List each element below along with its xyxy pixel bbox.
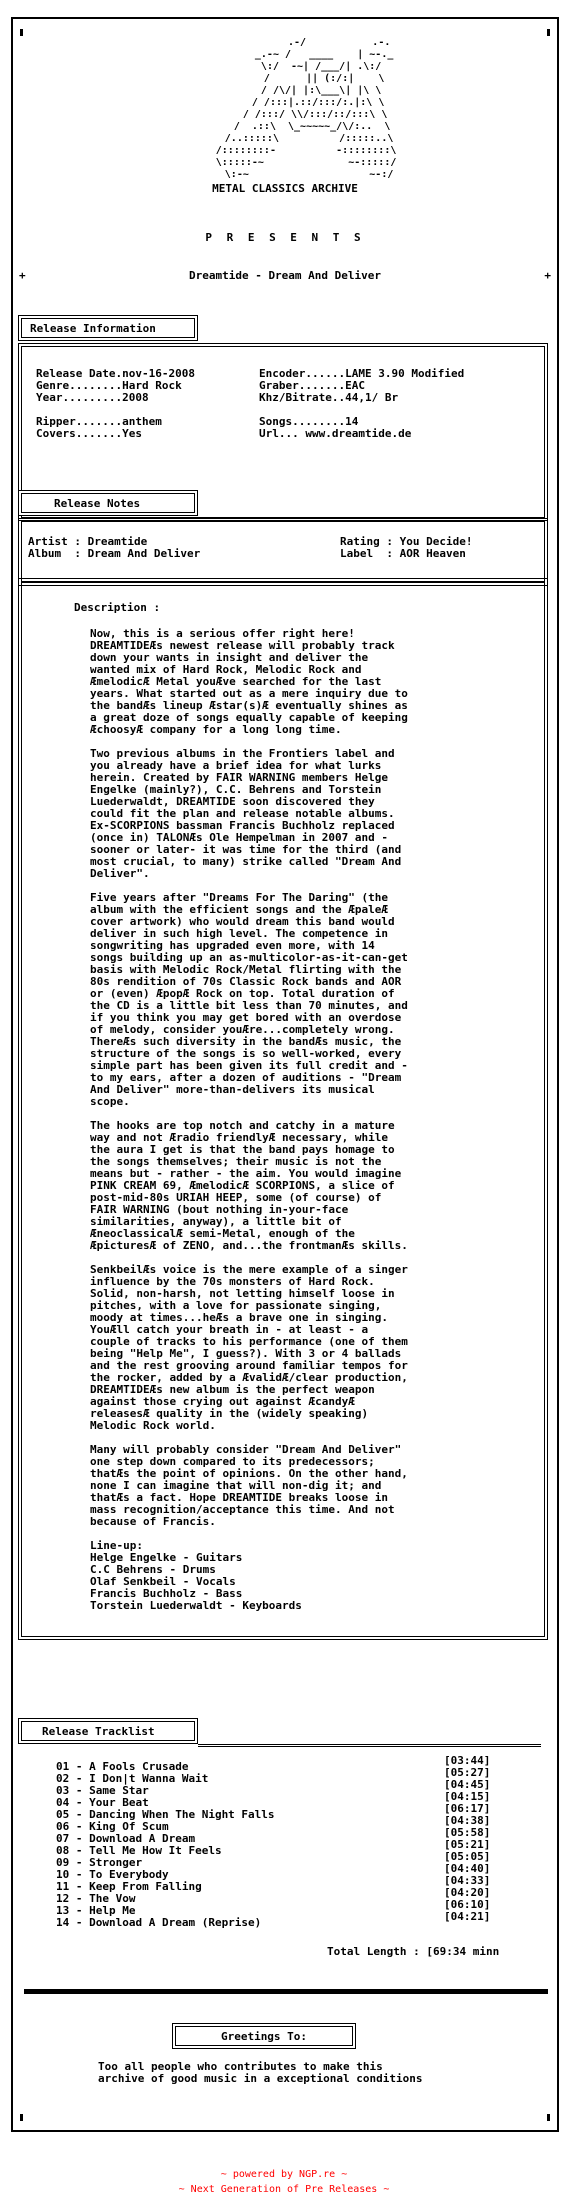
corner-mark (547, 2114, 550, 2121)
description-body: Now, this is a serious offer right here!… (90, 628, 408, 1612)
info-right-column: Encoder......LAME 3.90 ModifiedGraber...… (259, 368, 464, 440)
info-label: Url... (259, 427, 305, 440)
track-title: 14 - Download A Dream (Reprise) (56, 1916, 261, 1929)
info-value: Yes (122, 427, 142, 440)
track-row: 14 - Download A Dream (Reprise)[04:21] (56, 1911, 516, 1923)
corner-mark (547, 29, 550, 36)
description-panel: Description : Now, this is a serious off… (18, 578, 548, 1640)
release-information-section: Release Date.nov-16-2008Genre........Har… (18, 315, 548, 515)
tab-release-tracklist: Release Tracklist (18, 1718, 198, 1744)
info-row: Url... www.dreamtide.de (259, 428, 464, 440)
album-value: Dream And Deliver (88, 547, 201, 560)
tab-label: Release Notes (21, 493, 195, 513)
tab-greetings: Greetings To: (172, 2023, 356, 2049)
tab-release-notes: Release Notes (18, 490, 198, 516)
release-title: Dreamtide - Dream And Deliver (13, 270, 557, 282)
info-left-column: Release Date.nov-16-2008Genre........Har… (36, 368, 195, 440)
total-length-value: [69:34 minn (426, 1945, 499, 1958)
info-value: 44,1/ Br (345, 391, 398, 404)
release-notes-header-panel: Artist : Dreamtide Album : Dream And Del… (18, 518, 548, 586)
description-paragraph: Two previous albums in the Frontiers lab… (90, 748, 408, 880)
label-value: AOR Heaven (400, 547, 466, 560)
tagline-text: ~ Next Generation of Pre Releases ~ (0, 2182, 568, 2197)
total-length-label: Total Length : (327, 1945, 426, 1958)
album-line: Album : Dream And Deliver (28, 548, 200, 560)
release-notes-section: Artist : Dreamtide Album : Dream And Del… (18, 490, 548, 1638)
info-value: 2008 (122, 391, 149, 404)
description-paragraph: Now, this is a serious offer right here!… (90, 628, 408, 736)
description-paragraph: Five years after "Dreams For The Daring"… (90, 892, 408, 1108)
description-paragraph: The hooks are top notch and catchy in a … (90, 1120, 408, 1252)
tab-label: Greetings To: (175, 2026, 353, 2046)
plus-marker: + (544, 270, 551, 282)
description-paragraph: Many will probably consider "Dream And D… (90, 1444, 408, 1528)
info-label: Year......... (36, 391, 122, 404)
powered-by-text: ~ powered by NGP.re ~ (0, 2167, 568, 2182)
info-label: Covers....... (36, 427, 122, 440)
track-list: 01 - A Fools Crusade[03:44]02 - I Don|t … (56, 1755, 516, 1923)
info-row: Year.........2008 (36, 392, 195, 404)
description-heading: Description : (74, 602, 160, 614)
info-value: www.dreamtide.de (305, 427, 411, 440)
description-paragraph: SenkbeilÆs voice is the mere example of … (90, 1264, 408, 1432)
album-label: Album : (28, 547, 88, 560)
tab-label: Release Information (21, 318, 195, 338)
tracklist-section: Release Tracklist 01 - A Fools Crusade[0… (18, 1718, 548, 1928)
info-row: Covers.......Yes (36, 428, 195, 440)
nfo-frame: .-/ .-. _.-~ / ____ | ~-._ \:/ -~| /___/… (11, 17, 559, 2132)
info-label: Khz/Bitrate.. (259, 391, 345, 404)
tab-release-information: Release Information (18, 315, 198, 341)
label-label: Label : (340, 547, 400, 560)
total-length: Total Length : [69:34 minn (327, 1946, 499, 1958)
greetings-text: Too all people who contributes to make t… (98, 2061, 423, 2085)
label-line: Label : AOR Heaven (340, 548, 466, 560)
track-length: [04:21] (444, 1911, 490, 1923)
tab-label: Release Tracklist (21, 1721, 195, 1741)
footer: ~ powered by NGP.re ~ ~ Next Generation … (0, 2167, 568, 2197)
corner-mark (20, 29, 23, 36)
lineup-member: Torstein Luederwaldt - Keyboards (90, 1600, 408, 1612)
divider-bar (24, 1989, 548, 1994)
corner-mark (20, 2114, 23, 2121)
info-row: Khz/Bitrate..44,1/ Br (259, 392, 464, 404)
logo-title: METAL CLASSICS ARCHIVE (13, 183, 557, 195)
presents-heading: P R E S E N T S (13, 232, 557, 244)
ascii-logo: .-/ .-. _.-~ / ____ | ~-._ \:/ -~| /___/… (13, 37, 557, 181)
